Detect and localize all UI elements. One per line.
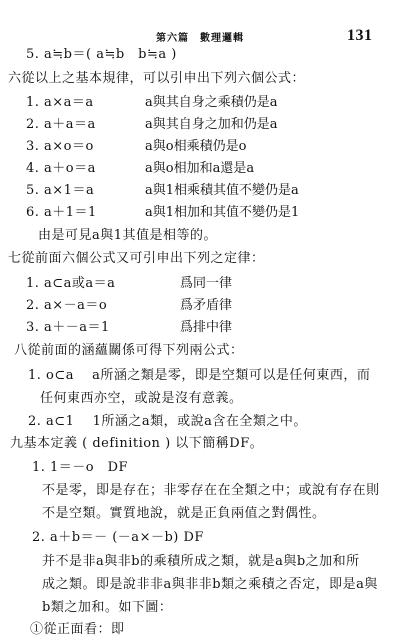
formula-6-6: 6. a＋1＝1 [26,205,97,221]
law-7-2-desc: 爲矛盾律 [180,298,232,314]
formula-6-3: 3. a×o＝o [26,139,94,155]
chapter-header: 第六篇 數理邏輯 [156,31,244,47]
law-7-1-desc: 爲同一律 [180,276,232,292]
section-8-item-1: 1. o⊂a a所涵之類是零，即是空類可以是任何東西，而 [28,368,370,384]
df-2-formula: 2. a＋b＝－ (－a×－b) DF [32,530,204,546]
page-number: 131 [347,28,373,44]
section-8-item-2: 2. a⊂1 1所涵之a類，或說a含在全類之中。 [28,414,307,430]
formula-6-3-desc: a與o相乘積仍是o [145,139,246,155]
df-1-text-2: 不是空類。實質地說，就是正負兩值之對偶性。 [42,506,326,522]
formula-6-1-desc: a與其自身之乘積仍是a [145,95,278,111]
section-7-heading: 七從前面六個公式又可引申出下列之定律： [8,251,265,267]
formula-6-4: 4. a＋o＝a [26,161,96,177]
formula-6-5-desc: a與1相乘積其值不變仍是a [145,183,299,199]
df-1-text-1: 不是零，即是存在；非零存在在全類之中；或說有存在則 [42,483,380,499]
section-8-item-1-cont: 任何東西亦空，或說是沒有意義。 [40,391,243,407]
section-8-heading: 八從前面的涵蘊關係可得下列兩公式： [14,343,244,359]
formula-6-6-desc: a與1相加和其值不變仍是1 [145,205,299,221]
df-1-formula: 1. 1＝－o DF [32,460,128,476]
section-6-heading: 六從以上之基本規律，可以引申出下列六個公式： [8,71,305,87]
law-7-1: 1. a⊂a或a＝a [26,276,115,292]
df-2-text-1: 并不是非a與非b的乘積所成之類，就是a與b之加和所 [42,554,360,570]
section-6-note: 由是可見a與1其值是相等的。 [38,228,217,244]
df-2-text-2: 成之類。即是說非非a與非非b類之乘積之否定，即是a與 [42,577,378,593]
law-7-3-desc: 爲排中律 [180,320,232,336]
rule-5: 5. a≒b＝( a≒b b≒a ) [26,47,177,63]
formula-6-5: 5. a×1＝a [26,183,94,199]
law-7-2: 2. a×－a＝o [26,298,107,314]
sub-1-heading: ①從正面看：即 [30,622,125,638]
formula-6-4-desc: a與o相加和a還是a [145,161,254,177]
formula-6-2: 2. a＋a＝a [26,117,96,133]
document-page: 第六篇 數理邏輯 131 5. a≒b＝( a≒b b≒a ) 六從以上之基本規… [0,0,410,640]
law-7-3: 3. a＋－a＝1 [26,320,110,336]
df-2-text-3: b類之加和。如下圖： [42,600,172,616]
formula-6-2-desc: a與其自身之加和仍是a [145,117,278,133]
formula-6-1: 1. a×a＝a [26,95,94,111]
section-9-heading: 九基本定義 ( definition ) 以下簡稱DF。 [10,436,263,452]
